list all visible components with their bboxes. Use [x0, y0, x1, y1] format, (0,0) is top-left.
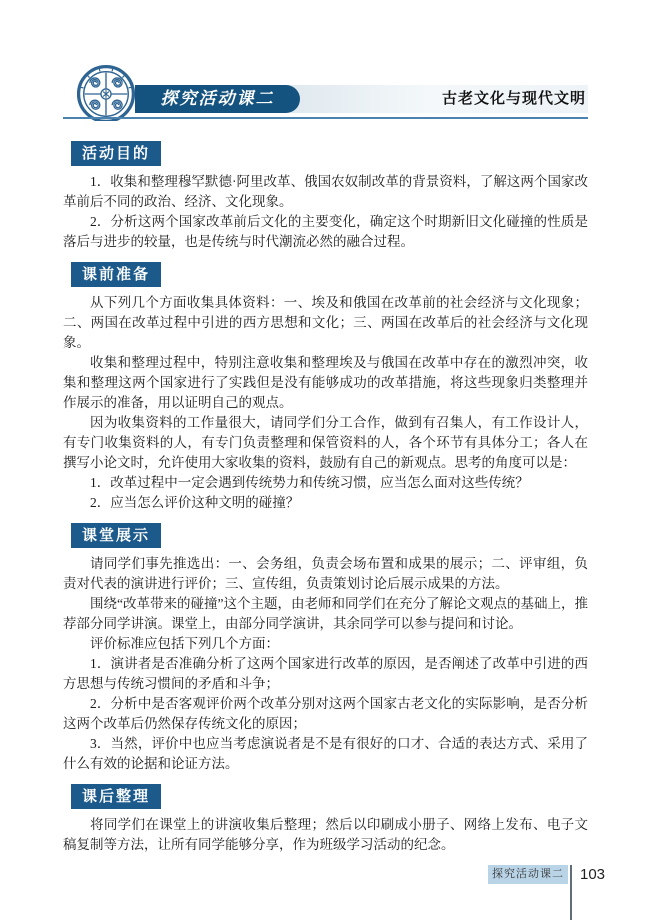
section-heading: 课前准备 — [71, 262, 161, 287]
section-heading: 活动目的 — [71, 141, 161, 166]
paragraph: 围绕“改革带来的碰撞”这个主题，由老师和同学们在充分了解论文观点的基础上，推荐部… — [63, 594, 588, 634]
section-activity-purpose: 活动目的 1．收集和整理穆罕默德·阿里改革、俄国农奴制改革的背景资料，了解这两个… — [63, 141, 588, 252]
paragraph: 1．收集和整理穆罕默德·阿里改革、俄国农奴制改革的背景资料，了解这两个国家改革前… — [63, 172, 588, 212]
page-content: 活动目的 1．收集和整理穆罕默德·阿里改革、俄国农奴制改革的背景资料，了解这两个… — [63, 141, 588, 865]
footer-divider — [570, 865, 572, 920]
footer-tab: 探究活动课二 — [488, 865, 568, 884]
header-rule — [63, 117, 588, 119]
lesson-banner: 探究活动课二 — [135, 85, 300, 113]
paragraph: 1．演讲者是否准确分析了这两个国家进行改革的原因，是否阐述了改革中引进的西方思想… — [63, 654, 588, 694]
paragraph: 将同学们在课堂上的讲演收集后整理；然后以印刷成小册子、网络上发布、电子文稿复制等… — [63, 815, 588, 855]
section-classroom-presentation: 课堂展示 请同学们事先推选出：一、会务组，负责会场布置和成果的展示；二、评审组，… — [63, 523, 588, 774]
paragraph: 评价标准应包括下列几个方面： — [63, 634, 588, 654]
paragraph: 因为收集资料的工作量很大，请同学们分工合作，做到有召集人，有工作设计人，有专门收… — [63, 413, 588, 473]
section-after-class-summary: 课后整理 将同学们在课堂上的讲演收集后整理；然后以印刷成小册子、网络上发布、电子… — [63, 784, 588, 855]
paragraph: 2．应当怎么评价这种文明的碰撞？ — [63, 493, 588, 513]
section-heading: 课后整理 — [71, 784, 161, 809]
paragraph: 2．分析这两个国家改革前后文化的主要变化，确定这个时期新旧文化碰撞的性质是落后与… — [63, 212, 588, 252]
textbook-page: 探究活动课二 古老文化与现代文明 — [0, 0, 650, 920]
lesson-banner-label: 探究活动课二 — [161, 89, 275, 108]
paragraph: 从下列几个方面收集具体资料：一、埃及和俄国在改革前的社会经济与文化现象；二、两国… — [63, 293, 588, 353]
section-pre-class-preparation: 课前准备 从下列几个方面收集具体资料：一、埃及和俄国在改革前的社会经济与文化现象… — [63, 262, 588, 513]
section-heading: 课堂展示 — [71, 523, 161, 548]
page-number: 103 — [580, 865, 605, 884]
paragraph: 2．分析中是否客观评价两个改革分别对这两个国家古老文化的实际影响，是否分析这两个… — [63, 694, 588, 734]
paragraph: 1．改革过程中一定会遇到传统势力和传统习惯，应当怎么面对这些传统？ — [63, 473, 588, 493]
paragraph: 3．当然，评价中也应当考虑演说者是不是有很好的口才、合适的表达方式、采用了什么有… — [63, 734, 588, 774]
paragraph: 收集和整理过程中，特别注意收集和整理埃及与俄国在改革中存在的激烈冲突，收集和整理… — [63, 353, 588, 413]
chapter-title: 古老文化与现代文明 — [442, 85, 586, 113]
paragraph: 请同学们事先推选出：一、会务组，负责会场布置和成果的展示；二、评审组，负责对代表… — [63, 554, 588, 594]
header-band: 探究活动课二 古老文化与现代文明 — [135, 85, 588, 113]
ancient-seal-icon — [75, 63, 137, 121]
